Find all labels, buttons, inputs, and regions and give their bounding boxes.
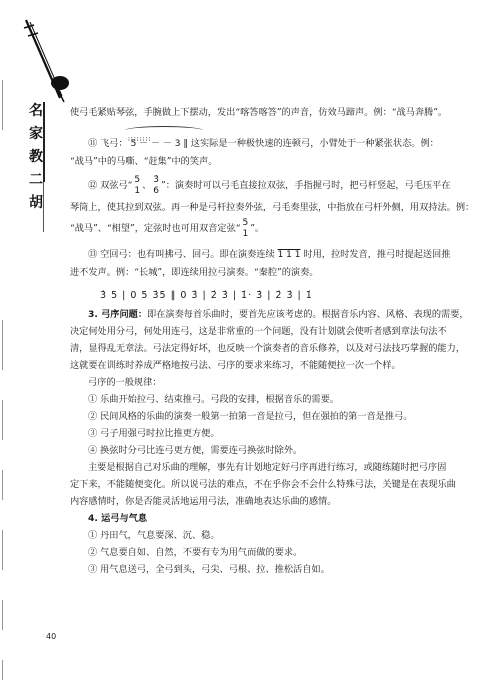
rule-item: ① 乐曲开始拉弓、结束推弓。弓段的安排，根据音乐的需要。 xyxy=(70,391,470,408)
page-number: 40 xyxy=(46,632,56,641)
title-char: 名 xyxy=(28,100,44,123)
item-12-text3: “战马”、“相望”，定弦时也可用双音定弦“51”。 xyxy=(70,216,470,242)
item-text: 这实际是一种极快速的连顿弓，小臂处于一种紧张状态。例： xyxy=(191,138,439,149)
list-item: ② 气息要自如、自然，不要有专为用气而做的要求。 xyxy=(70,544,470,561)
paragraph-line: 这就要在训练时养成严格地按弓法、弓序的要求来练习，不能随便拉一次一个样。 xyxy=(70,357,470,374)
rule-item: ④ 换弦时分弓比连弓更方便，需要连弓换弦时除外。 xyxy=(70,442,470,459)
intro-line: 使弓毛紧贴琴弦，手腕做上下摆动，发出“喀答喀答”的声音，仿效马蹄声。例：“战马奔… xyxy=(70,104,470,121)
title-char: 教 xyxy=(28,146,44,169)
item-label: ⑪ 飞弓： xyxy=(88,138,128,149)
double-stop-notation: 51 xyxy=(242,218,248,240)
item-text-cont: “战马”中的马嘶、“赶集”中的笑声。 xyxy=(70,153,470,170)
item-label: ⑫ 双弦弓“ xyxy=(88,180,132,191)
item-text: 时用，拉时发音，推弓时提起送回推 xyxy=(303,249,450,260)
section-heading: 4. 运弓与气息 xyxy=(70,510,470,527)
list-item: ③ 用气息送弓，全弓到头，弓尖、弓根、拉、推松活自如。 xyxy=(70,561,470,578)
item-13-empty-return-bow: ⑬ 空回弓：也有叫拂弓、回弓。即在演奏连续 1 1 1 时用，拉时发音，推弓时提… xyxy=(70,246,470,264)
paragraph-line: 主要是根据自己对乐曲的理解，事先有计划地定好弓序再进行练习，或随练随时把弓序固 xyxy=(70,459,470,476)
title-char: 二 xyxy=(28,169,44,192)
rules-title: 弓序的一般规律： xyxy=(70,374,470,391)
rule-item: ③ 弓子用强弓时拉比推更方便。 xyxy=(70,425,470,442)
page-body: 使弓毛紧贴琴弦，手腕做上下摆动，发出“喀答喀答”的声音，仿效马蹄声。例：“战马奔… xyxy=(70,104,470,578)
paragraph-line: 定下来，不能随便变化。所以说弓法的难点，不在乎你会不会什么特殊弓法，关键是在表现… xyxy=(70,476,470,493)
item-11-fly-bow: ⁝⁝⁝⁝⁝⁝⁝⁝ ⑪ 飞弓： 5 － － － 3 ‖ 这实际是一种极快速的连顿弓… xyxy=(70,135,470,153)
section-heading: 3. 弓序问题： xyxy=(88,309,147,320)
book-title-vertical: 名 家 教 二 胡 xyxy=(28,100,44,215)
rule-item: ② 民间风格的乐曲的演奏一般第一拍第一音是拉弓，但在强拍的第一音是推弓。 xyxy=(70,408,470,425)
list-item: ① 丹田气，气息要深、沉、稳。 xyxy=(70,527,470,544)
paragraph-line: 内容感情时，你是否能灵活地运用弓法，准确地表达乐曲的感情。 xyxy=(70,493,470,510)
double-stop-notation: 51 xyxy=(134,175,140,197)
title-char: 家 xyxy=(28,123,44,146)
paragraph-line: 清，显得乱无章法。弓法定得好坏，也反映一个演奏者的音乐修养，以及对弓法技巧掌握的… xyxy=(70,340,470,357)
title-char: 胡 xyxy=(28,192,44,215)
page-edge-marks xyxy=(2,80,6,680)
paragraph-line: 决定何处用分弓，何处用连弓，这是非常重的一个问题，没有计划就会使听者感到章法句法… xyxy=(70,323,470,340)
item-text: ”：演奏时可以弓毛直接拉双弦，手指握弓时，把弓杆竖起，弓毛压平在 xyxy=(161,180,451,191)
title-divider-thin xyxy=(43,182,44,232)
item-text-cont: 琴筒上，使其拉到双弦。再一种是弓杆拉奏外弦，弓毛奏里弦，中指放在弓杆外侧，用双持… xyxy=(70,199,470,216)
item-12-double-string: ⑫ 双弦弓“51、3̇6”：演奏时可以弓毛直接拉双弦，手指握弓时，把弓杆竖起，弓… xyxy=(70,173,470,199)
jianpu-notation: 1 1 1 xyxy=(278,247,301,264)
erhu-instrument-icon xyxy=(20,18,70,103)
double-stop-notation: 3̇6 xyxy=(153,175,159,197)
title-divider xyxy=(43,102,45,182)
section-3: 3. 弓序问题：即在演奏每首乐曲时，要首先应该考虑的。根据音乐内容、风格、表现的… xyxy=(70,306,470,323)
jianpu-score-example: 3̇ 5 | 0 5 3̇5 ‖ 0 3̇ | 2̇ 3̇ | 1̇· 3̇ |… xyxy=(70,287,470,304)
jianpu-notation: 5 － － － 3 ‖ xyxy=(131,136,188,153)
item-text-cont: 进不发声。例：“长城”，即连续用拉弓演奏。“秦腔”的演奏。 xyxy=(70,264,470,281)
item-label: ⑬ 空回弓：也有叫拂弓、回弓。即在演奏连续 xyxy=(88,249,275,260)
